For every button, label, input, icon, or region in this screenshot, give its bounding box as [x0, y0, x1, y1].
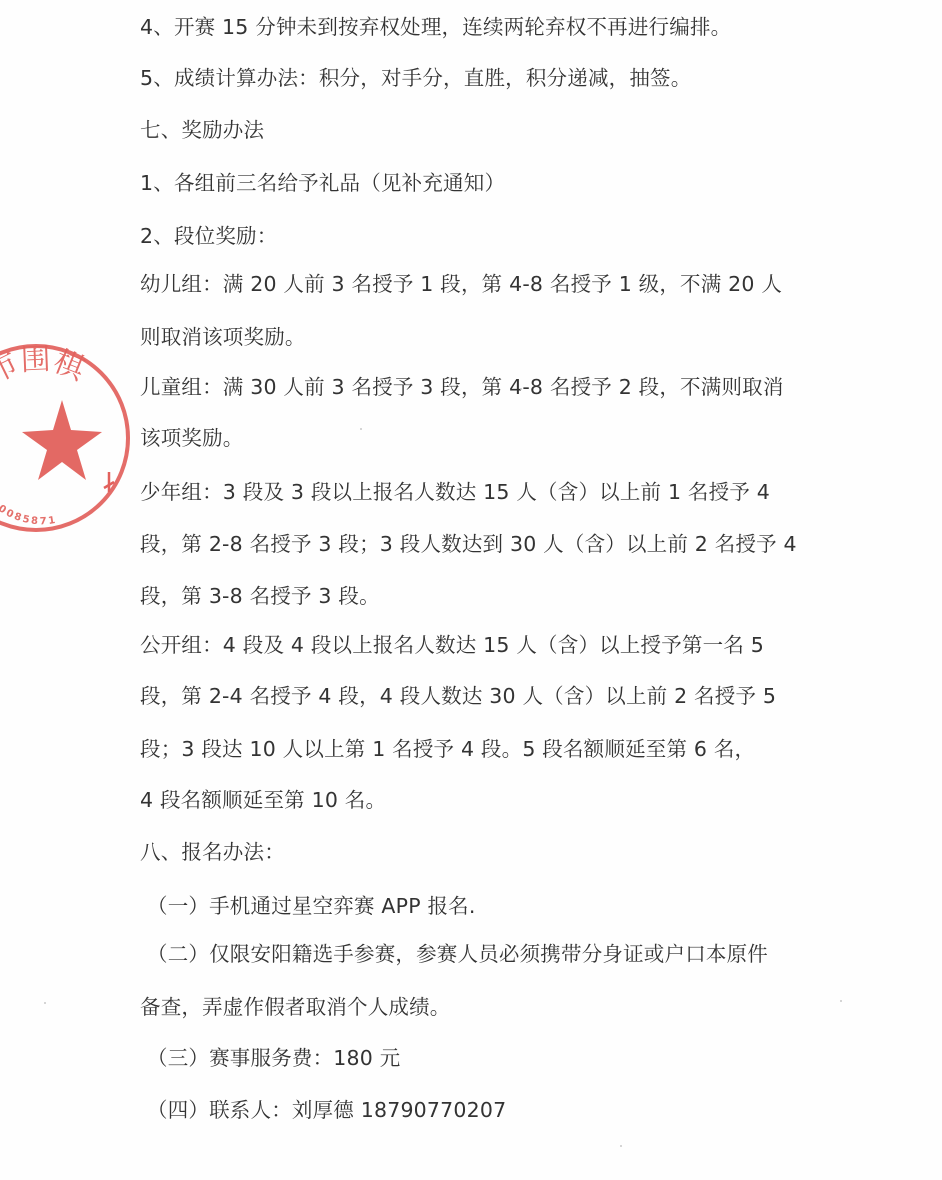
junior-group-rule-cont-1: 段，第 2-8 名授予 3 段；3 段人数达到 30 人（含）以上前 2 名授予…	[140, 530, 797, 558]
seal-serial-text: 10500085871	[0, 478, 58, 527]
awards-item-2: 2、段位奖励：	[140, 222, 277, 250]
open-group-rule-cont-3: 4 段名额顺延至第 10 名。	[140, 786, 386, 814]
open-group-rule-cont-1: 段，第 2-4 名授予 4 段，4 段人数达 30 人（含）以上前 2 名授予 …	[140, 682, 776, 710]
svg-text:10500085871: 10500085871	[0, 478, 58, 527]
scan-speck	[360, 428, 362, 430]
infant-group-rule-cont: 则取消该项奖励。	[140, 323, 306, 351]
registration-item-1: （一）手机通过星空弈赛 APP 报名.	[147, 892, 476, 920]
registration-fee: （三）赛事服务费：180 元	[147, 1044, 400, 1072]
children-group-rule: 儿童组：满 30 人前 3 名授予 3 段，第 4-8 名授予 2 段，不满则取…	[140, 373, 784, 401]
rule-item-4: 4、开赛 15 分钟未到按弃权处理，连续两轮弃权不再进行编排。	[140, 13, 731, 41]
scanned-document-page: 安阳市围棋 10500085871 4、开赛 15 分钟未到按弃权处理，连续两轮…	[0, 0, 942, 1180]
scan-speck	[520, 388, 522, 390]
children-group-rule-cont: 该项奖励。	[140, 424, 244, 452]
registration-item-2-cont: 备查，弄虚作假者取消个人成绩。	[140, 993, 451, 1021]
scan-speck	[840, 1000, 842, 1002]
awards-heading: 七、奖励办法	[140, 116, 264, 144]
registration-contact: （四）联系人：刘厚德 18790770207	[147, 1096, 506, 1124]
awards-item-1: 1、各组前三名给予礼品（见补充通知）	[140, 169, 505, 197]
official-seal-stamp: 安阳市围棋 10500085871	[0, 340, 134, 536]
rule-item-5: 5、成绩计算办法：积分，对手分，直胜，积分递减，抽签。	[140, 64, 691, 92]
junior-group-rule: 少年组：3 段及 3 段以上报名人数达 15 人（含）以上前 1 名授予 4	[140, 478, 770, 506]
scan-speck	[620, 1145, 622, 1147]
svg-text:安阳市围棋: 安阳市围棋	[0, 342, 90, 438]
scan-speck	[44, 1002, 46, 1004]
junior-group-rule-cont-2: 段，第 3-8 名授予 3 段。	[140, 582, 380, 610]
open-group-rule: 公开组：4 段及 4 段以上报名人数达 15 人（含）以上授予第一名 5	[140, 631, 764, 659]
seal-name-text: 安阳市围棋	[0, 342, 90, 438]
open-group-rule-cont-2: 段；3 段达 10 人以上第 1 名授予 4 段。5 段名额顺延至第 6 名，	[140, 735, 755, 763]
seal-star-icon	[22, 400, 102, 480]
infant-group-rule: 幼儿组：满 20 人前 3 名授予 1 段，第 4-8 名授予 1 级，不满 2…	[140, 270, 782, 298]
registration-item-2: （二）仅限安阳籍选手参赛，参赛人员必须携带分身证或户口本原件	[147, 940, 768, 968]
registration-heading: 八、报名办法：	[140, 838, 285, 866]
